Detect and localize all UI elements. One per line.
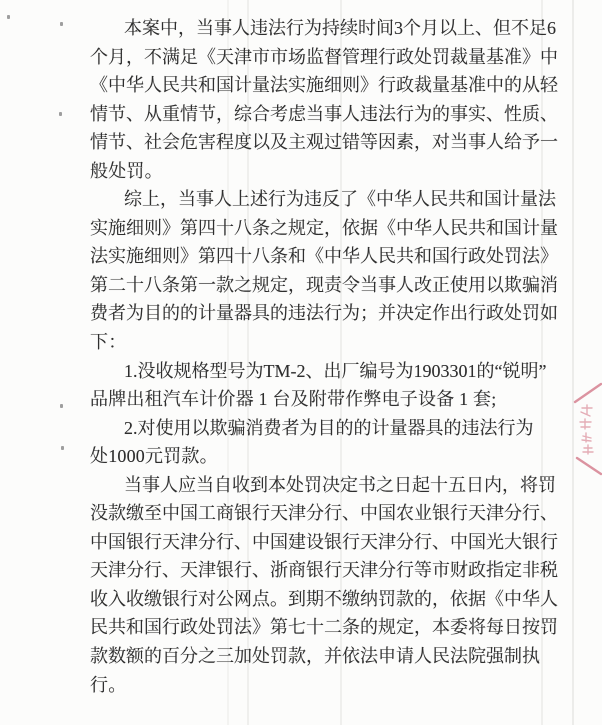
text-line: 中国银行天津分行、中国建设银行天津分行、中国光大银行	[90, 528, 532, 557]
text-line: 天津分行、天津银行、浙商银行天津分行等市财政指定非税	[90, 556, 532, 585]
text-line: 本案中，当事人违法行为持续时间3个月以上、但不足6	[90, 14, 532, 43]
scan-speck	[59, 112, 62, 116]
text-line: 民共和国行政处罚法》第七十二条的规定，本委将每日按罚	[90, 613, 532, 642]
text-line: 第二十八条第一款之规定，现责令当事人改正使用以欺骗消	[90, 271, 532, 300]
text-line: 当事人应当自收到本处罚决定书之日起十五日内，将罚	[90, 471, 532, 500]
text-line: 情节、社会危害程度以及主观过错等因素，对当事人给予一	[90, 128, 532, 157]
text-line: 1.没收规格型号为TM-2、出厂编号为1903301的“锐明”	[90, 357, 532, 386]
text-line: 般处罚。	[90, 157, 532, 186]
text-line: 《中华人民共和国计量法实施细则》行政裁量基准中的从轻	[90, 71, 532, 100]
scan-speck	[60, 404, 63, 408]
text-line: 品牌出租汽车计价器 1 台及附带作弊电子设备 1 套;	[90, 385, 532, 414]
red-seal-fragment-icon	[566, 381, 602, 479]
document-text: 本案中，当事人违法行为持续时间3个月以上、但不足6个月，不满足《天津市市场监督管…	[90, 14, 532, 699]
text-line: 法实施细则》第四十八条和《中华人民共和国行政处罚法》	[90, 242, 532, 271]
text-line: 款数额的百分之三加处罚款，并依法申请人民法院强制执	[90, 642, 532, 671]
text-line: 情节、从重情节，综合考虑当事人违法行为的事实、性质、	[90, 100, 532, 129]
text-line: 实施细则》第四十八条之规定，依据《中华人民共和国计量	[90, 214, 532, 243]
text-line: 费者为目的的计量器具的违法行为；并决定作出行政处罚如	[90, 299, 532, 328]
text-line: 个月，不满足《天津市市场监督管理行政处罚裁量基准》中	[90, 43, 532, 72]
text-line: 没款缴至中国工商银行天津分行、中国农业银行天津分行、	[90, 499, 532, 528]
scan-streak	[572, 0, 574, 725]
text-line: 处1000元罚款。	[90, 442, 532, 471]
scan-speck	[7, 15, 10, 19]
scan-speck	[61, 446, 64, 450]
text-line: 行。	[90, 671, 532, 700]
text-line: 2.对使用以欺骗消费者为目的的计量器具的违法行为	[90, 414, 532, 443]
text-line: 收入收缴银行对公网点。到期不缴纳罚款的，依据《中华人	[90, 585, 532, 614]
scanned-document-page: 本案中，当事人违法行为持续时间3个月以上、但不足6个月，不满足《天津市市场监督管…	[0, 0, 602, 725]
scan-speck	[60, 22, 63, 26]
text-line: 综上，当事人上述行为违反了《中华人民共和国计量法	[90, 185, 532, 214]
text-line: 下：	[90, 328, 532, 357]
